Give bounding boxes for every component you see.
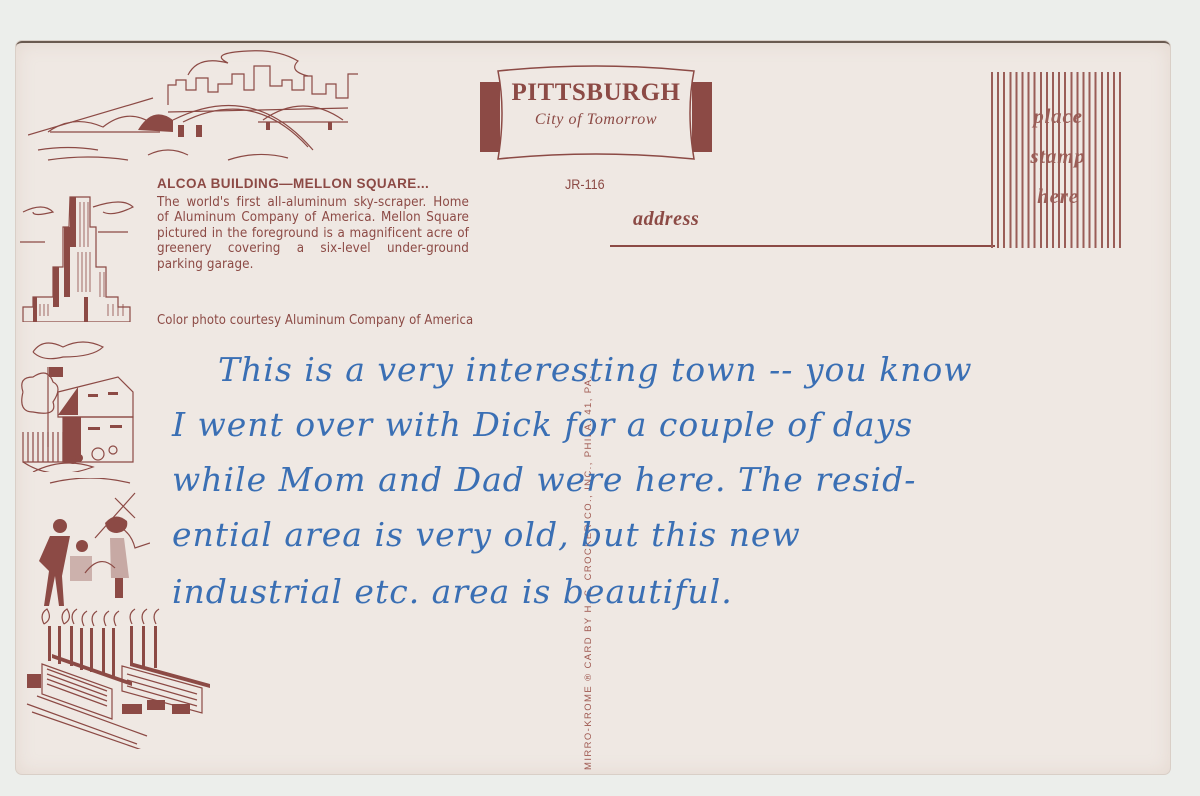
stamp-text-line: here — [991, 184, 1125, 209]
stamp-box: place stamp here — [991, 72, 1125, 248]
bridges-skyline-icon — [28, 40, 358, 165]
address-line — [610, 245, 995, 247]
message-line: industrial etc. area is beautiful. — [172, 572, 733, 611]
caption-body: The world's first all-aluminum sky-scrap… — [157, 195, 469, 272]
baseball-players-icon — [20, 478, 150, 608]
address-label: address — [633, 208, 699, 231]
pittsburgh-logo: PITTSBURGH City of Tomorrow — [478, 65, 714, 165]
skyscraper-icon — [18, 182, 143, 322]
logo-title: PITTSBURGH — [478, 79, 714, 107]
message-line: ential area is very old, but this new — [172, 515, 801, 554]
message-line: I went over with Dick for a couple of da… — [172, 405, 913, 444]
card-code: JR-116 — [565, 176, 605, 192]
message-line: This is a very interesting town -- you k… — [218, 350, 973, 389]
stamp-text-line: place — [991, 104, 1125, 129]
stamp-text-line: stamp — [991, 144, 1125, 169]
blockhouse-fort-icon — [18, 332, 143, 472]
logo-subtitle: City of Tomorrow — [478, 111, 714, 129]
message-line: while Mom and Dad were here. The resid- — [172, 460, 916, 499]
caption-title: ALCOA BUILDING—MELLON SQUARE... — [157, 176, 429, 191]
photo-credit: Color photo courtesy Aluminum Company of… — [157, 313, 473, 328]
steel-mill-icon — [22, 604, 232, 749]
